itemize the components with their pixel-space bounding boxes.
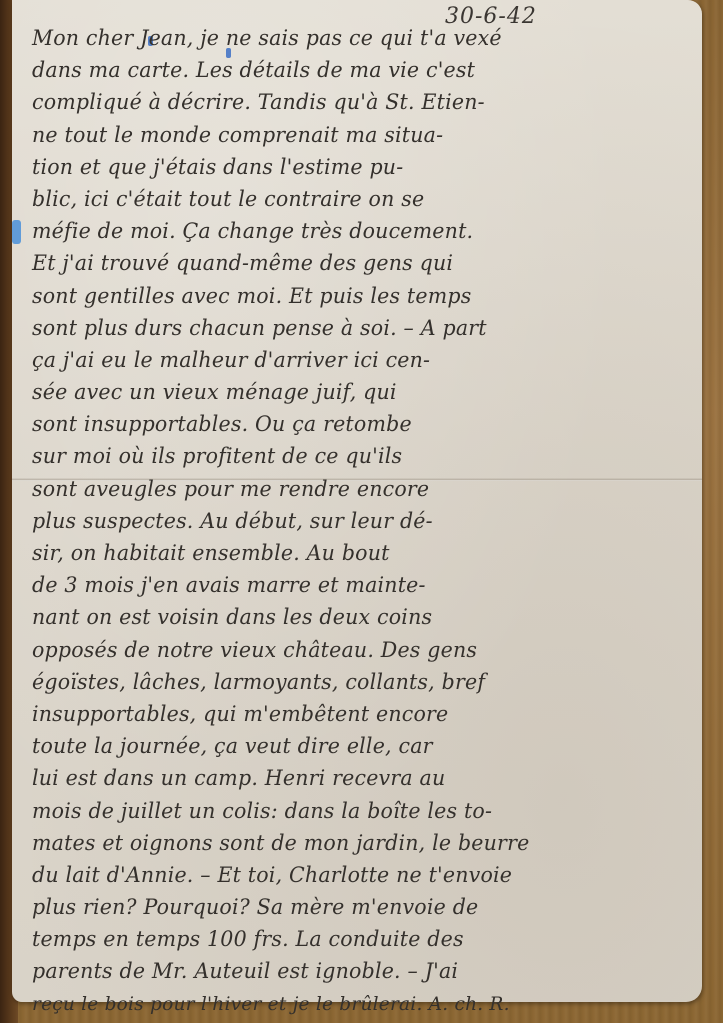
letter-line: blic, ici c'était tout le contraire on s… xyxy=(32,183,687,215)
letter-line: opposés de notre vieux château. Des gens xyxy=(32,634,687,666)
letter-line: nant on est voisin dans les deux coins xyxy=(32,601,687,633)
letter-line: de 3 mois j'en avais marre et mainte- xyxy=(32,569,687,601)
letter-line: sée avec un vieux ménage juif, qui xyxy=(32,376,687,408)
letter-line-signature: reçu le bois pour l'hiver et je le brûle… xyxy=(32,988,687,1020)
letter-line: dans ma carte. Les détails de ma vie c'e… xyxy=(32,54,687,86)
letter-line: égoïstes, lâches, larmoyants, collants, … xyxy=(32,666,687,698)
letter-line: toute la journée, ça veut dire elle, car xyxy=(32,730,687,762)
letter-line: Mon cher Jean, je ne sais pas ce qui t'a… xyxy=(32,22,687,54)
letter-line: du lait d'Annie. – Et toi, Charlotte ne … xyxy=(32,859,687,891)
letter-line: sont aveugles pour me rendre encore xyxy=(32,473,687,505)
letter-line: plus rien? Pourquoi? Sa mère m'envoie de xyxy=(32,891,687,923)
letter-line: tion et que j'étais dans l'estime pu- xyxy=(32,151,687,183)
letter-line: temps en temps 100 frs. La conduite des xyxy=(32,923,687,955)
letter-line: mois de juillet un colis: dans la boîte … xyxy=(32,795,687,827)
blue-ink-mark xyxy=(12,220,21,244)
letter-line: compliqué à décrire. Tandis qu'à St. Eti… xyxy=(32,86,687,118)
letter-line: lui est dans un camp. Henri recevra au xyxy=(32,762,687,794)
letter-line: insupportables, qui m'embêtent encore xyxy=(32,698,687,730)
letter-line: ne tout le monde comprenait ma situa- xyxy=(32,119,687,151)
letter-line: sont plus durs chacun pense à soi. – A p… xyxy=(32,312,687,344)
letter-line: parents de Mr. Auteuil est ignoble. – J'… xyxy=(32,955,687,987)
letter-line: mates et oignons sont de mon jardin, le … xyxy=(32,827,687,859)
letter-line: sont gentilles avec moi. Et puis les tem… xyxy=(32,280,687,312)
letter-line: ça j'ai eu le malheur d'arriver ici cen- xyxy=(32,344,687,376)
letter-line: sur moi où ils profitent de ce qu'ils xyxy=(32,440,687,472)
letter-line: sir, on habitait ensemble. Au bout xyxy=(32,537,687,569)
letter-line: méfie de moi. Ça change très doucement. xyxy=(32,215,687,247)
letter-line: plus suspectes. Au début, sur leur dé- xyxy=(32,505,687,537)
letter-line: sont insupportables. Ou ça retombe xyxy=(32,408,687,440)
letter-body: Mon cher Jean, je ne sais pas ce qui t'a… xyxy=(32,22,702,1020)
letter-line: Et j'ai trouvé quand-même des gens qui xyxy=(32,247,687,279)
